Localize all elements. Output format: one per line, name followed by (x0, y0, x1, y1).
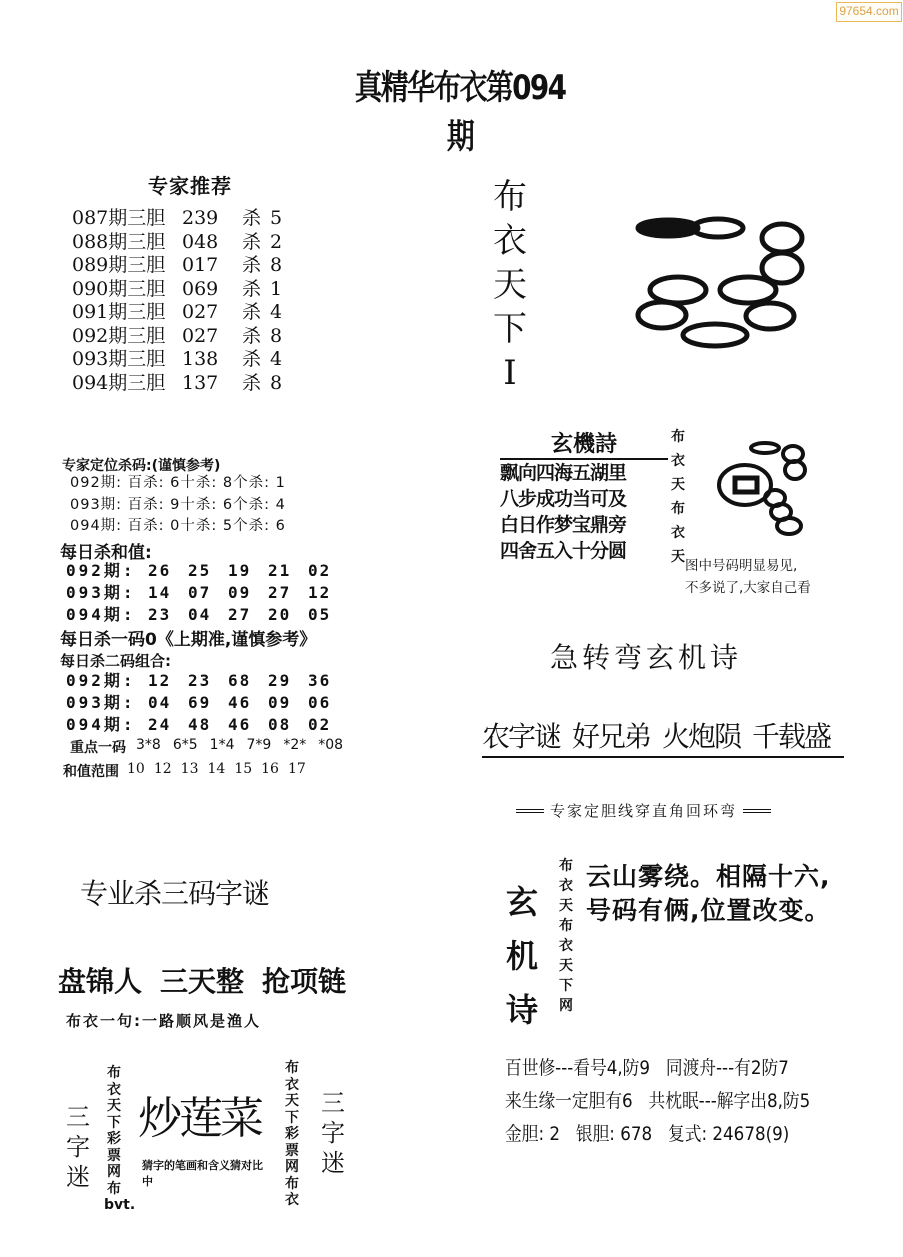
item: *08 (318, 737, 343, 757)
vertical-char: 迷 (320, 1148, 346, 1178)
focus-code-row: 重点一码3*86*51*47*9*2**08 (70, 737, 355, 757)
vertical-char: 天 (282, 1093, 302, 1110)
period: 092期三胆 (72, 325, 182, 349)
vertical-char: 票 (104, 1148, 124, 1165)
table-row: 093期:1407092712 (66, 582, 348, 604)
double-dash (516, 809, 544, 813)
item: 16 (261, 761, 279, 781)
table-row: 088期三胆048杀2 (72, 231, 290, 255)
kill-value: 4 (270, 348, 290, 372)
numbers: 239 (182, 207, 242, 231)
numbers: 138 (182, 348, 242, 372)
value: 04 (188, 604, 228, 626)
vertical-char: 网 (556, 996, 576, 1016)
period: 093期: (66, 582, 148, 604)
item: 1*4 (210, 737, 235, 757)
value: 36 (308, 670, 348, 692)
value: 14 (148, 582, 188, 604)
value: 23 (148, 604, 188, 626)
clue-line: 金胆: 2银胆: 678复式: 24678(9) (505, 1118, 810, 1151)
picture-digits-drawing (630, 210, 820, 350)
table-row: 094期:2448460802 (66, 714, 348, 736)
vertical-char: 彩 (282, 1126, 302, 1143)
vertical-char: 布 (556, 856, 576, 876)
value: 09 (228, 582, 268, 604)
numbers: 017 (182, 254, 242, 278)
riddle-word: 火炮陨 (662, 720, 740, 753)
table-row: 089期三胆017杀8 (72, 254, 290, 278)
clues-block: 百世修---看号4,防9同渡舟---有2防7 来生缘一定胆有6共枕眠---解字出… (505, 1052, 810, 1151)
value: 21 (268, 560, 308, 582)
vertical-char: 字 (65, 1132, 91, 1162)
double-dash (743, 809, 771, 813)
period: 092期: (66, 670, 148, 692)
sharp-turn-title: 急转弯玄机诗 (550, 636, 742, 676)
vertical-char: 衣 (668, 449, 688, 473)
three-char-riddle-label-right: 三字迷 (320, 1088, 346, 1178)
value: 68 (228, 670, 268, 692)
value: 12 (148, 670, 188, 692)
value: 07 (188, 582, 228, 604)
position-kill-row: 093期: 百杀: 9十杀: 6个杀: 4 (70, 495, 286, 517)
value: 19 (228, 560, 268, 582)
kill-label: 杀 (242, 348, 270, 372)
kill-value: 5 (270, 207, 290, 231)
value: 04 (148, 692, 188, 714)
value: 29 (268, 670, 308, 692)
kill-three-words: 盘锦人三天整抢项链 (58, 960, 364, 1000)
kill-label: 杀 (242, 207, 270, 231)
value: 24 (148, 714, 188, 736)
page-title: 真精华布衣第094期 (353, 60, 566, 158)
position-kill-row: 092期: 百杀: 6十杀: 8个杀: 1 (70, 473, 286, 495)
kill-value: 8 (270, 325, 290, 349)
hint-line: 图中号码明显易见, (685, 555, 811, 577)
period: 089期三胆 (72, 254, 182, 278)
kill-value: 8 (270, 372, 290, 396)
kill-label: 杀 (242, 325, 270, 349)
sharp-turn-riddles: 农字谜好兄弟火炮陨千载盛 (482, 718, 844, 758)
value: 05 (308, 604, 348, 626)
numbers: 048 (182, 231, 242, 255)
value: 48 (188, 714, 228, 736)
expert-line-text: 专家定胆线穿直角回环弯 (550, 800, 737, 821)
mystery-poem-lines: 飘向四海五湖里 八步成功当可及 白日作梦宝鼎旁 四舍五入十分圆 (500, 460, 626, 564)
vertical-char: 衣 (668, 521, 688, 545)
row-label: 和值范围 (63, 761, 119, 781)
table-row: 091期三胆027杀4 (72, 301, 290, 325)
buyi-tianxia-vertical: 布衣天下I (490, 175, 530, 395)
kill-value: 8 (270, 254, 290, 278)
vertical-char: 天 (556, 896, 576, 916)
xuanji-title-vertical: 玄机诗 (505, 875, 539, 1037)
item: 17 (288, 761, 306, 781)
kill-value: 1 (270, 278, 290, 302)
period: 092期: (66, 560, 148, 582)
value: 46 (228, 692, 268, 714)
vertical-char: 三 (320, 1088, 346, 1118)
kill-label: 杀 (242, 231, 270, 255)
period: 093期: (66, 692, 148, 714)
value: 09 (268, 692, 308, 714)
mystery-hint: 图中号码明显易见, 不多说了,大家自己看 (685, 555, 811, 599)
value: 20 (268, 604, 308, 626)
item: *2* (283, 737, 306, 757)
vertical-char: 天 (668, 473, 688, 497)
vertical-char: 衣 (104, 1082, 124, 1099)
value: 02 (308, 714, 348, 736)
vertical-char: 布 (282, 1176, 302, 1193)
xuanji-poem-line: 云山雾绕。相隔十六, (586, 860, 831, 894)
kill-label: 杀 (242, 301, 270, 325)
numbers: 027 (182, 301, 242, 325)
table-row: 092期:2625192102 (66, 560, 348, 582)
xuanji-poem: 云山雾绕。相隔十六, 号码有俩,位置改变。 (586, 860, 831, 928)
value: 25 (188, 560, 228, 582)
vertical-char: 天 (104, 1098, 124, 1115)
vertical-char: 布 (490, 175, 530, 219)
vertical-char: 玄 (505, 875, 539, 929)
sum-range-row: 和值范围10121314151617 (63, 761, 315, 781)
kill-label: 杀 (242, 278, 270, 302)
vertical-char: 布 (556, 916, 576, 936)
value: 23 (188, 670, 228, 692)
item: 12 (154, 761, 172, 781)
period: 094期三胆 (72, 372, 182, 396)
period: 093期三胆 (72, 348, 182, 372)
item: 15 (234, 761, 252, 781)
mystery-poem-title: 玄機詩 (500, 430, 668, 460)
vertical-char: 布 (282, 1060, 302, 1077)
daily-sum-list: 092期:2625192102093期:1407092712094期:23042… (66, 560, 348, 626)
vertical-char: 彩 (104, 1131, 124, 1148)
vertical-char: 衣 (282, 1192, 302, 1209)
value: 69 (188, 692, 228, 714)
value: 08 (268, 714, 308, 736)
table-row: 094期三胆137杀8 (72, 372, 290, 396)
xuanji-poem-line: 号码有俩,位置改变。 (586, 894, 831, 928)
mystery-side-vertical: 布衣天布衣天 (668, 425, 688, 569)
vertical-char: 机 (505, 929, 539, 983)
riddle-word: 盘锦人 (58, 965, 142, 998)
item: 10 (127, 761, 145, 781)
poem-line: 四舍五入十分圆 (500, 538, 626, 564)
riddle-word: 好兄弟 (572, 720, 650, 753)
value: 46 (228, 714, 268, 736)
daily-two-kill-title: 每日杀二码组合: (60, 650, 171, 671)
value: 02 (308, 560, 348, 582)
vertical-char: 布 (668, 497, 688, 521)
period: 094期: (66, 714, 148, 736)
vertical-char: 网 (104, 1164, 124, 1181)
daily-one-kill: 每日杀一码0《上期准,谨慎参考》 (60, 625, 316, 650)
buyi-sentence: 布衣一句:一路顺风是渔人 (66, 1010, 261, 1031)
vertical-char: 票 (282, 1143, 302, 1160)
table-row: 092期三胆027杀8 (72, 325, 290, 349)
expert-line: 专家定胆线穿直角回环弯 (510, 800, 777, 821)
vertical-char: 诗 (505, 983, 539, 1037)
xuanji-side-vertical: 布衣天布衣天下网 (556, 856, 576, 1016)
vertical-char: 衣 (490, 219, 530, 263)
table-row: 087期三胆239杀5 (72, 207, 290, 231)
vertical-char: 布 (104, 1065, 124, 1082)
period: 088期三胆 (72, 231, 182, 255)
period: 094期: (66, 604, 148, 626)
vertical-char: 字 (320, 1118, 346, 1148)
numbers: 069 (182, 278, 242, 302)
vertical-char: I (490, 351, 530, 395)
position-kill-row: 094期: 百杀: 0十杀: 5个杀: 6 (70, 516, 286, 538)
vertical-char: bvt. (104, 1197, 124, 1214)
vertical-char: 网 (282, 1159, 302, 1176)
kill-value: 2 (270, 231, 290, 255)
period: 091期三胆 (72, 301, 182, 325)
vertical-char: 布 (104, 1181, 124, 1198)
value: 27 (268, 582, 308, 604)
kill-label: 杀 (242, 372, 270, 396)
poem-line: 八步成功当可及 (500, 486, 626, 512)
table-row: 093期:0469460906 (66, 692, 348, 714)
position-kill-list: 092期: 百杀: 6十杀: 8个杀: 1 093期: 百杀: 9十杀: 6个杀… (70, 473, 286, 538)
table-row: 094期:2304272005 (66, 604, 348, 626)
dish-note: 猜字的笔画和含义猜对比中 (142, 1158, 270, 1190)
vertical-char: 下 (556, 976, 576, 996)
vertical-char: 天 (490, 263, 530, 307)
poem-line: 飘向四海五湖里 (500, 460, 626, 486)
period: 090期三胆 (72, 278, 182, 302)
item: 6*5 (173, 737, 198, 757)
vertical-char: 天 (556, 956, 576, 976)
position-kill-title: 专家定位杀码:(谨慎参考) (62, 455, 220, 475)
value: 12 (308, 582, 348, 604)
coin-digits-drawing (715, 440, 815, 540)
kill-value: 4 (270, 301, 290, 325)
row-label: 重点一码 (70, 737, 126, 757)
vertical-char: 下 (282, 1110, 302, 1127)
item: 7*9 (246, 737, 271, 757)
vertical-char: 布 (668, 425, 688, 449)
vertical-char: 衣 (556, 876, 576, 896)
value: 27 (228, 604, 268, 626)
left-vertical-text: 布衣天下彩票网布bvt. (104, 1065, 124, 1214)
table-row: 090期三胆069杀1 (72, 278, 290, 302)
table-row: 092期:1223682936 (66, 670, 348, 692)
three-char-riddle-label-left: 三字迷 (65, 1102, 91, 1192)
riddle-word: 千载盛 (752, 720, 830, 753)
riddle-word: 抢项链 (262, 965, 346, 998)
vertical-char: 下 (490, 307, 530, 351)
daily-two-kill-list: 092期:1223682936093期:0469460906094期:24484… (66, 670, 348, 736)
vertical-char: 衣 (556, 936, 576, 956)
kill-three-title: 专业杀三码字谜 (80, 872, 269, 912)
expert-recommend-list: 087期三胆239杀5088期三胆048杀2089期三胆017杀8090期三胆0… (72, 207, 290, 395)
poem-line: 白日作梦宝鼎旁 (500, 512, 626, 538)
numbers: 027 (182, 325, 242, 349)
site-watermark: 97654.com (836, 2, 902, 22)
clue-line: 百世修---看号4,防9同渡舟---有2防7 (505, 1052, 810, 1085)
kill-label: 杀 (242, 254, 270, 278)
value: 06 (308, 692, 348, 714)
item: 14 (207, 761, 225, 781)
value: 26 (148, 560, 188, 582)
vertical-char: 下 (104, 1115, 124, 1132)
vertical-char: 衣 (282, 1077, 302, 1094)
table-row: 093期三胆138杀4 (72, 348, 290, 372)
vertical-char: 三 (65, 1102, 91, 1132)
numbers: 137 (182, 372, 242, 396)
item: 3*8 (136, 737, 161, 757)
right-vertical-text: 布衣天下彩票网布衣 (282, 1060, 302, 1209)
period: 087期三胆 (72, 207, 182, 231)
riddle-word: 三天整 (160, 965, 244, 998)
dish-riddle: 炒莲菜 (138, 1082, 261, 1146)
clue-line: 来生缘一定胆有6共枕眠---解字出8,防5 (505, 1085, 810, 1118)
expert-recommend-title: 专家推荐 (148, 170, 232, 199)
item: 13 (181, 761, 199, 781)
hint-line: 不多说了,大家自己看 (685, 577, 811, 599)
vertical-char: 迷 (65, 1162, 91, 1192)
riddle-word: 农字谜 (482, 720, 560, 753)
